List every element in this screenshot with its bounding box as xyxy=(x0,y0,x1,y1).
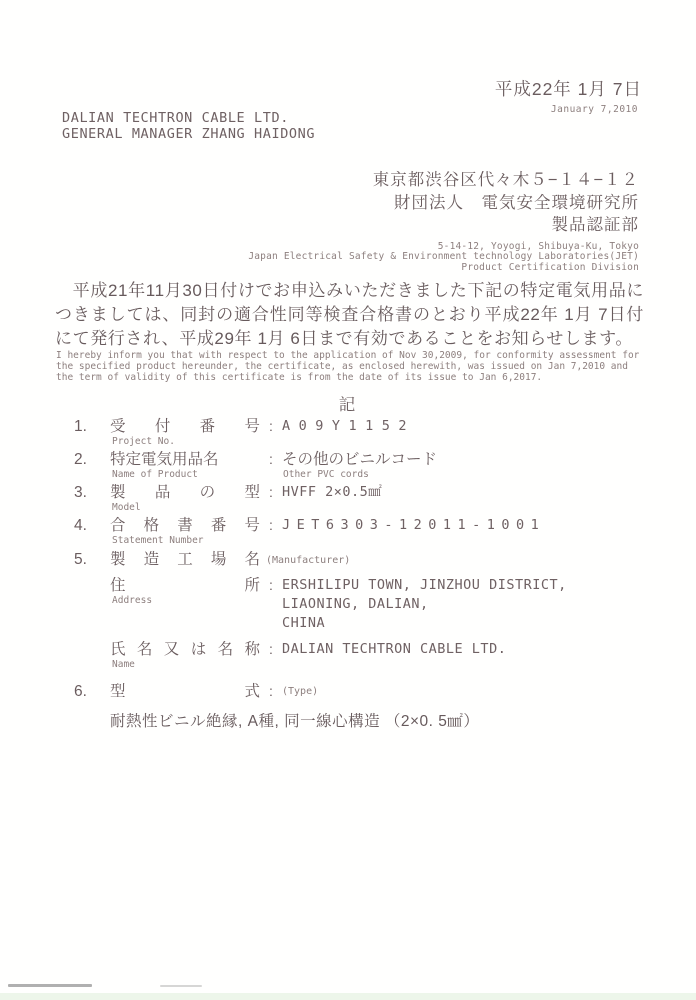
sender-address-jp: 東京都渋谷区代々木５−１４−１２ xyxy=(248,169,639,192)
list-item-product-name: 2. 特定電気用品名 Name of Product : その他のビニルコード … xyxy=(74,450,644,480)
recipient-contact: GENERAL MANAGER ZHANG HAIDONG xyxy=(62,127,315,143)
scanned-letter-page: 平成22年 1月 7日 January 7,2010 DALIAN TECHTR… xyxy=(0,0,696,1000)
item-number: 2. xyxy=(74,450,110,469)
sender-block: 東京都渋谷区代々木５−１４−１２ 財団法人 電気安全環境研究所 製品認証部 5-… xyxy=(248,169,639,273)
scan-edge-tint xyxy=(0,993,696,1000)
item-number: 4. xyxy=(74,516,110,535)
item-number: 6. xyxy=(74,682,110,701)
date-japanese: 平成22年 1月 7日 xyxy=(495,76,642,101)
scan-smudge xyxy=(8,984,92,987)
colon: : xyxy=(260,576,282,593)
list-item-manufacturer: 5. 製 造 工 場 名 (Manufacturer) 住 所 Address … xyxy=(74,550,644,670)
item-label-en: Model xyxy=(110,502,260,513)
item-label-jp: 特定電気用品名 xyxy=(110,450,260,469)
list-item-project-no: 1. 受 付 番 号 Project No. : A09Y1152 xyxy=(74,417,644,447)
address-line-1: ERSHILIPU TOWN, JINZHOU DISTRICT, LIAONI… xyxy=(282,576,644,614)
type-label-jp: 型 式 xyxy=(110,682,260,701)
list-item-model: 3. 製 品 の 型 Model : HVFF 2×0.5㎟ xyxy=(74,483,644,513)
list-item-statement-number: 4. 合 格 書 番 号 Statement Number : JET6303-… xyxy=(74,516,644,546)
item-label-en: Project No. xyxy=(110,436,260,447)
colon: : xyxy=(260,450,282,467)
colon: : xyxy=(260,682,282,699)
name-label-jp: 氏 名 又 は 名 称 xyxy=(110,640,260,659)
item-number: 3. xyxy=(74,483,110,502)
address-label-en: Address xyxy=(110,595,260,606)
item-value: JET6303-12011-1001 xyxy=(282,516,644,535)
item-label-jp: 合 格 書 番 号 xyxy=(110,516,260,535)
sender-dept-en: Product Certification Division xyxy=(248,263,639,274)
sender-org-en: Japan Electrical Safety & Environment te… xyxy=(248,252,639,263)
type-hint: (Type) xyxy=(282,682,644,697)
item-number: 1. xyxy=(74,417,110,436)
colon: : xyxy=(260,417,282,434)
address-line-2: CHINA xyxy=(282,614,644,633)
item-value: A09Y1152 xyxy=(282,417,644,436)
notice-heading: 記 xyxy=(0,391,696,415)
sender-org-jp: 財団法人 電気安全環境研究所 xyxy=(248,192,639,215)
item-value-en: Other PVC cords xyxy=(282,469,644,480)
date-english: January 7,2010 xyxy=(495,104,642,115)
date-block: 平成22年 1月 7日 January 7,2010 xyxy=(495,76,642,115)
name-label-en: Name xyxy=(110,659,260,670)
item-number: 5. xyxy=(74,550,110,569)
scan-smudge xyxy=(160,985,202,987)
item-label-jp: 受 付 番 号 xyxy=(110,417,260,436)
type-value: 耐熱性ビニル絶縁, A種, 同一線心構造 （2×0. 5㎟） xyxy=(110,709,644,731)
item-label-en: Name of Product xyxy=(110,469,260,480)
sender-english-block: 5-14-12, Yoyogi, Shibuya-Ku, Tokyo Japan… xyxy=(248,242,639,274)
colon: : xyxy=(260,483,282,500)
item-value: その他のビニルコード xyxy=(282,450,644,469)
list-item-type: 6. 型 式 : (Type) 耐熱性ビニル絶縁, A種, 同一線心構造 （2×… xyxy=(74,682,644,731)
sender-dept-jp: 製品認証部 xyxy=(248,214,639,237)
colon: : xyxy=(260,640,282,657)
recipient-company: DALIAN TECHTRON CABLE LTD. xyxy=(62,111,315,127)
item-label-jp: 製 造 工 場 名 xyxy=(110,550,260,569)
item-label-jp: 製 品 の 型 xyxy=(110,483,260,502)
manufacturer-address-row: 住 所 Address : ERSHILIPU TOWN, JINZHOU DI… xyxy=(110,576,644,633)
manufacturer-tag: (Manufacturer) xyxy=(260,550,350,566)
body-paragraph-english: I hereby inform you that with respect to… xyxy=(56,350,648,384)
item-label-en: Statement Number xyxy=(110,535,260,546)
address-label-jp: 住 所 xyxy=(110,576,260,595)
item-value: HVFF 2×0.5㎟ xyxy=(282,483,644,502)
body-paragraph-japanese: 平成21年11月30日付けでお申込みいただきました下記の特定電気用品につきまして… xyxy=(55,279,644,351)
manufacturer-name-value: DALIAN TECHTRON CABLE LTD. xyxy=(282,640,644,659)
items-list: 1. 受 付 番 号 Project No. : A09Y1152 2. 特定電… xyxy=(74,417,644,731)
manufacturer-name-row: 氏 名 又 は 名 称 Name : DALIAN TECHTRON CABLE… xyxy=(110,640,644,670)
colon: : xyxy=(260,516,282,533)
recipient-block: DALIAN TECHTRON CABLE LTD. GENERAL MANAG… xyxy=(62,111,315,142)
